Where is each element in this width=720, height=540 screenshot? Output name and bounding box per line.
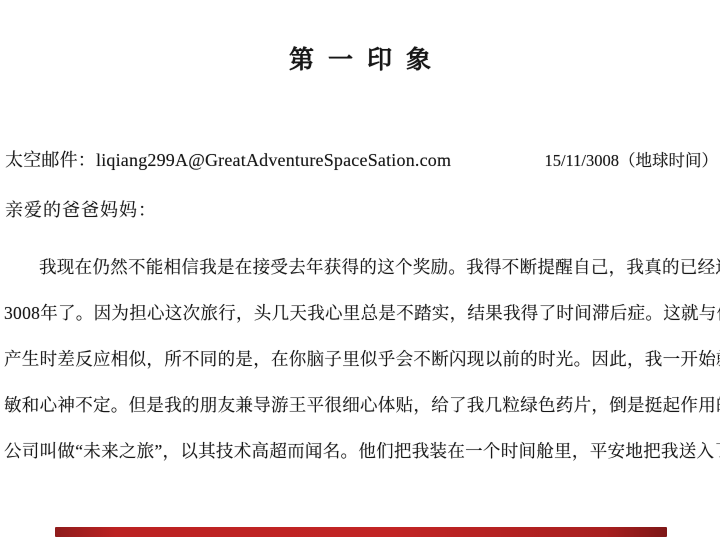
paragraph-line: 敏和心神不定。但是我的朋友兼导游王平很细心体贴，给了我几粒绿色药片，倒是挺起作用… — [4, 382, 717, 428]
document-title: 第一印象 — [0, 40, 720, 76]
scanned-letter-page: 第一印象 太空邮件：liqiang299A@GreatAdventureSpac… — [0, 0, 720, 540]
paragraph-line: 3008年了。因为担心这次旅行，头几天我心里总是不踏实，结果我得了时间滞后症。这… — [4, 290, 717, 336]
letter-date: 15/11/3008（地球时间） — [544, 147, 718, 171]
paragraph-line: 我现在仍然不能相信我是在接受去年获得的这个奖励。我得不断提醒自己，我真的已经进入… — [4, 244, 717, 290]
letter-body-paragraph: 我现在仍然不能相信我是在接受去年获得的这个奖励。我得不断提醒自己，我真的已经进入… — [4, 244, 717, 474]
space-mail-address: 太空邮件：liqiang299A@GreatAdventureSpaceSati… — [5, 146, 451, 172]
paragraph-line: 公司叫做“未来之旅”，以其技术高超而闻名。他们把我装在一个时间舱里，平安地把我送… — [4, 428, 717, 474]
salutation: 亲爱的爸爸妈妈： — [5, 196, 157, 222]
red-divider-bar — [55, 527, 667, 537]
paragraph-line: 产生时差反应相似，所不同的是，在你脑子里似乎会不断闪现以前的时光。因此，我一开始… — [4, 336, 717, 382]
letter-header-row: 太空邮件：liqiang299A@GreatAdventureSpaceSati… — [5, 146, 718, 172]
